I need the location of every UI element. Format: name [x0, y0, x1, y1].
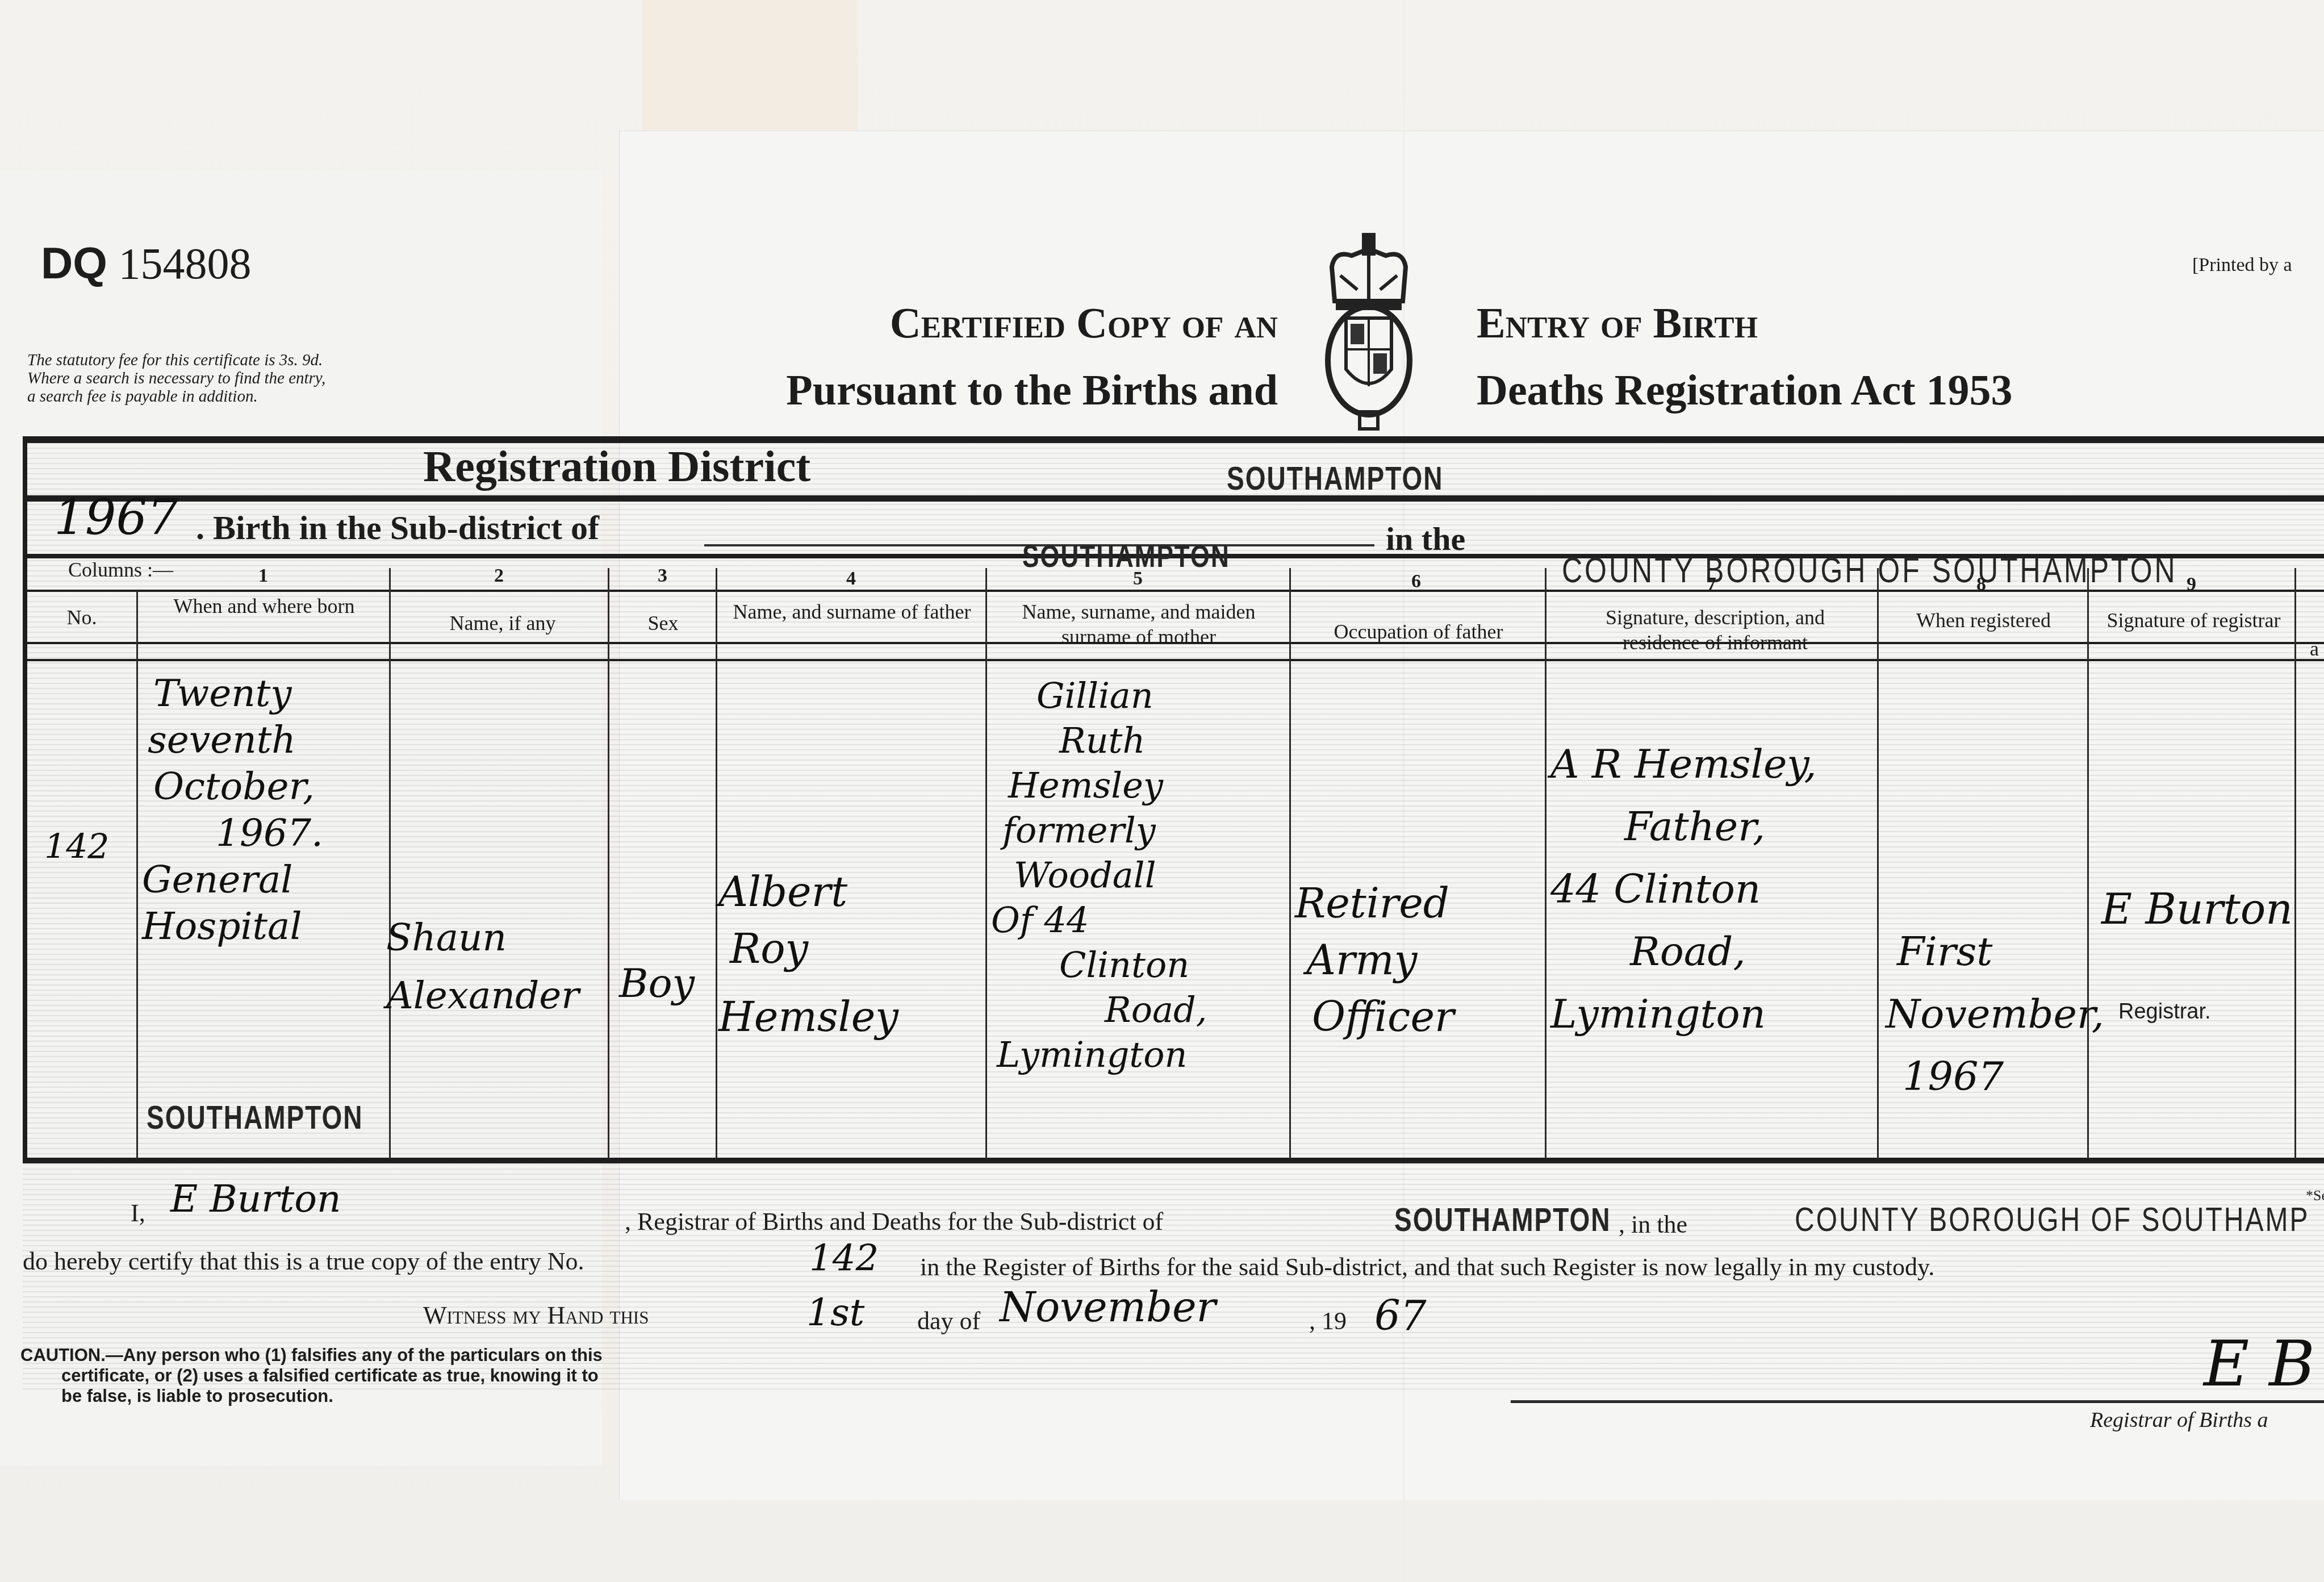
- entry-text-line: Officer: [1295, 988, 1545, 1045]
- title-line: Entry of Birth: [1477, 290, 2272, 357]
- entry-father-occupation: Retired Army Officer: [1295, 875, 1545, 1045]
- serial-number: 154808: [119, 239, 252, 288]
- entry-text-line: Roy: [718, 920, 985, 977]
- entry-text-line: November,: [1886, 983, 2101, 1045]
- form-left-border: [23, 436, 27, 1163]
- entry-text-line: Ruth: [991, 718, 1309, 763]
- entry-father: Albert Roy Hemsley: [718, 863, 985, 1045]
- column-header-when-where: When and where born: [159, 594, 369, 619]
- column-header-mother: Name, surname, and maiden surname of mot…: [991, 599, 1286, 649]
- year-handwritten: 1967: [54, 494, 178, 541]
- serial-prefix: DQ: [41, 238, 107, 288]
- column-number: 4: [846, 568, 856, 590]
- cert-subdistrict-stamp: SOUTHAMPTON: [1394, 1200, 1611, 1239]
- column-header-occupation: Occupation of father: [1295, 619, 1542, 644]
- witness-day: 1st: [806, 1289, 864, 1336]
- entry-text-line: 44 Clinton: [1550, 858, 1891, 920]
- entry-text-line: Woodall: [991, 853, 1309, 898]
- signature-line: [1511, 1400, 2324, 1403]
- entry-text-line: Of 44: [991, 898, 1309, 942]
- entry-informant: A R Hemsley, Father, 44 Clinton Road, Ly…: [1550, 733, 1891, 1045]
- fee-notice-line: a search fee is payable in addition.: [27, 387, 325, 406]
- witness-label: Witness my Hand this: [423, 1301, 649, 1330]
- column-number: 5: [1133, 568, 1143, 590]
- column-divider: [2294, 568, 2296, 1159]
- column-header-registrar-signature: Signature of registrar: [2096, 608, 2292, 633]
- entry-when-where: Twenty seventh October, 1967. General Ho…: [142, 670, 392, 950]
- entry-number: 142: [44, 824, 110, 870]
- subdistrict-stamp: SOUTHAMPTON: [1022, 539, 1230, 575]
- entry-text-line: Clinton: [991, 942, 1309, 987]
- entry-registrar-signature: E Burton: [2101, 886, 2293, 933]
- county-stamp: COUNTY BOROUGH OF SOUTHAMPTON: [1562, 550, 2177, 591]
- entry-text-line: Hospital: [142, 903, 392, 950]
- entry-text-line: Road,: [1550, 920, 1891, 983]
- entry-text-line: Father,: [1550, 795, 1891, 858]
- entry-text-line: formerly: [991, 808, 1309, 853]
- entry-text-line: Army: [1295, 932, 1545, 988]
- column-header-partial: a: [2303, 636, 2324, 661]
- entry-text-line: A R Hemsley,: [1550, 733, 1891, 795]
- column-number: 9: [2187, 574, 2196, 595]
- entry-text-line: Twenty: [142, 670, 392, 717]
- registration-district-stamp: SOUTHAMPTON: [1227, 459, 1444, 498]
- title-left: Certified Copy of an Pursuant to the Bir…: [653, 290, 1278, 424]
- column-divider: [136, 591, 138, 1159]
- entry-sex: Boy: [619, 960, 695, 1007]
- subdistrict-label: . Birth in the Sub-district of: [196, 508, 599, 548]
- entry-text-line: Shaun: [386, 915, 653, 961]
- column-number: 6: [1411, 571, 1421, 592]
- title-right: Entry of Birth Deaths Registration Act 1…: [1477, 290, 2272, 424]
- column-number: 8: [1976, 574, 1986, 595]
- entry-registrar-label: Registrar.: [2118, 1000, 2211, 1024]
- entry-text-line: General: [142, 857, 392, 903]
- column-header-name: Name, if any: [398, 611, 608, 636]
- paper-overlap-strip: [642, 0, 858, 136]
- entry-text-line: Alexander: [386, 972, 653, 1019]
- cert-in-the: , in the: [1619, 1210, 1687, 1239]
- entry-text-line: Road,: [991, 987, 1309, 1032]
- column-number: 7: [1707, 574, 1716, 595]
- registrar-caption: Registrar of Births a: [2090, 1408, 2268, 1433]
- cert-registrar-signature: E Burton: [170, 1176, 341, 1222]
- cert-entry-number: 142: [809, 1235, 879, 1282]
- column-number: 2: [494, 565, 504, 587]
- entry-when-registered: First November, 1967: [1886, 920, 2101, 1108]
- column-divider: [608, 568, 609, 1159]
- entry-text-line: seventh: [142, 717, 392, 763]
- entry-text-line: Hemsley: [991, 763, 1309, 808]
- cert-signature-right: E B: [2204, 1341, 2315, 1387]
- registration-district-label: Registration District: [423, 441, 810, 492]
- title-line: Deaths Registration Act 1953: [1477, 357, 2272, 424]
- column-divider: [716, 568, 717, 1159]
- entry-text-line: First: [1886, 920, 2101, 983]
- caution-line: CAUTION.—Any person who (1) falsifies an…: [20, 1345, 827, 1366]
- cert-footnote-marker: *Se: [2306, 1187, 2324, 1204]
- caution-notice: CAUTION.—Any person who (1) falsifies an…: [20, 1345, 827, 1406]
- caution-line: be false, is liable to prosecution.: [20, 1386, 827, 1406]
- column-header-no: No.: [27, 605, 136, 630]
- entry-text-line: 1967.: [142, 810, 392, 857]
- entry-text-line: 1967: [1886, 1045, 2101, 1108]
- entry-child-name: Shaun Alexander: [386, 915, 653, 1019]
- entry-text-line: Gillian: [991, 673, 1309, 718]
- entry-text-line: Lymington: [991, 1032, 1309, 1077]
- title-line: Pursuant to the Births and: [653, 357, 1278, 424]
- column-header-informant: Signature, description, and residence of…: [1568, 605, 1863, 655]
- witness-month: November: [1000, 1284, 1216, 1330]
- column-number: 3: [658, 565, 667, 587]
- royal-crest-icon: [1318, 227, 1420, 432]
- witness-year-suffix: 67: [1374, 1292, 1427, 1339]
- fee-notice-line: The statutory fee for this certificate i…: [27, 351, 325, 369]
- certificate-serial: DQ 154808: [41, 237, 252, 289]
- column-header-sex: Sex: [611, 611, 716, 636]
- entry-mother: Gillian Ruth Hemsley formerly Woodall Of…: [991, 673, 1309, 1077]
- district-divider: [23, 495, 2324, 502]
- cert-line-2-prefix: do hereby certify that this is a true co…: [23, 1247, 584, 1276]
- entry-text-line: Hemsley: [718, 988, 985, 1045]
- form-top-border: [23, 436, 2324, 443]
- entry-text-line: Lymington: [1550, 983, 1891, 1045]
- entry-text-line: Albert: [718, 863, 985, 920]
- cert-county-stamp: COUNTY BOROUGH OF SOUTHAMP: [1795, 1200, 2310, 1239]
- year-prefix: , 19: [1309, 1306, 1347, 1335]
- printed-by-note: [Printed by a: [2192, 254, 2292, 276]
- form-bottom-border: [23, 1158, 2324, 1163]
- fee-notice: The statutory fee for this certificate i…: [27, 351, 325, 406]
- columns-label: Columns :—: [68, 558, 173, 582]
- entry-text-line: October,: [142, 763, 392, 810]
- column-divider: [1545, 568, 1546, 1159]
- fee-notice-line: Where a search is necessary to find the …: [27, 369, 325, 387]
- cert-line-2-suffix: in the Register of Births for the said S…: [920, 1253, 1934, 1282]
- caution-line: certificate, or (2) uses a falsified cer…: [20, 1366, 827, 1386]
- entry-place-stamp: SOUTHAMPTON: [147, 1098, 363, 1137]
- in-the-label: in the: [1386, 520, 1465, 558]
- column-header-when-registered: When registered: [1886, 608, 2081, 633]
- entry-text-line: Retired: [1295, 875, 1545, 932]
- title-line: Certified Copy of an: [653, 290, 1278, 357]
- header-bottom-line: [23, 659, 2324, 661]
- column-divider: [985, 568, 987, 1159]
- column-header-father: Name, and surname of father: [721, 599, 983, 624]
- column-number: 1: [258, 565, 268, 587]
- day-of-label: day of: [917, 1306, 980, 1335]
- cert-line-1-mid: , Registrar of Births and Deaths for the…: [625, 1207, 1163, 1236]
- cert-line-1-prefix: I,: [131, 1199, 145, 1228]
